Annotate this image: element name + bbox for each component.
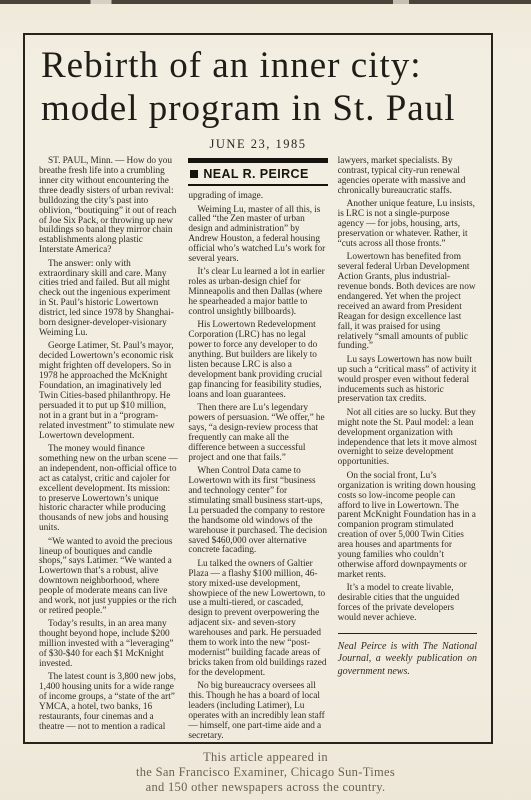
paragraph: No big bureaucracy oversees all this. Th… (188, 682, 327, 741)
byline-top-bar (188, 158, 327, 163)
paragraph: lawyers, market specialists. By contrast… (338, 157, 477, 197)
paragraph: When Control Data came to Lowertown with… (188, 467, 327, 556)
column-2: NEAL R. PEIRCE upgrading of image.Weimin… (188, 157, 327, 744)
column-2-body: upgrading of image.Weiming Lu, master of… (188, 192, 327, 744)
paragraph: It’s a model to create livable, desirabl… (338, 584, 477, 624)
paragraph: “We wanted to avoid the precious lineup … (39, 538, 178, 617)
paragraph: The money would finance something new on… (39, 445, 178, 534)
paragraph: The latest count is 3,800 new jobs, 1,40… (39, 673, 178, 732)
paragraph: George Latimer, St. Paul’s mayor, decide… (39, 342, 178, 441)
paragraph: Lu says Lowertown has now built up such … (338, 356, 477, 406)
footer-line2: the San Francisco Examiner, Chicago Sun-… (0, 765, 531, 780)
article-date: JUNE 23, 1985 (39, 137, 477, 152)
article-box: Rebirth of an inner city: model program … (23, 33, 493, 744)
byline: NEAL R. PEIRCE (188, 166, 327, 186)
paragraph: Another unique feature, Lu insists, is L… (338, 200, 477, 250)
paragraph: Not all cities are so lucky. But they mi… (338, 409, 477, 468)
column-3: lawyers, market specialists. By contrast… (338, 157, 477, 744)
article-title-line2: model program in St. Paul (41, 88, 477, 131)
column-3-body: lawyers, market specialists. By contrast… (338, 157, 477, 624)
paragraph: ST. PAUL, Minn. — How do you breathe fre… (39, 157, 178, 256)
footer-line1: This article appeared in (0, 750, 531, 765)
byline-author: NEAL R. PEIRCE (203, 167, 308, 181)
paragraph: Lowertown has benefited from several fed… (338, 253, 477, 352)
footer-note: This article appeared in the San Francis… (0, 750, 531, 795)
paragraph: Lu talked the owners of Galtier Plaza — … (188, 560, 327, 679)
article-title: Rebirth of an inner city: model program … (41, 45, 477, 130)
paragraph: Weiming Lu, master of all this, is calle… (188, 206, 327, 265)
scan-edge-line (0, 0, 531, 4)
footer-line3: and 150 other newspapers across the coun… (0, 780, 531, 795)
paragraph: His Lowertown Redevelopment Corporation … (188, 321, 327, 400)
paragraph: Then there are Lu’s legendary powers of … (188, 404, 327, 463)
article-title-line1: Rebirth of an inner city: (41, 45, 477, 88)
byline-square-bullet-icon (190, 170, 198, 178)
author-attribution-note: Neal Peirce is with The National Journal… (338, 633, 477, 679)
paragraph: It’s clear Lu learned a lot in earlier r… (188, 268, 327, 318)
paragraph: The answer: only with extraordinary skil… (39, 260, 178, 339)
paragraph: Today’s results, in an area many thought… (39, 620, 178, 670)
paragraph: On the social front, Lu’s organization i… (338, 472, 477, 581)
article-columns: ST. PAUL, Minn. — How do you breathe fre… (39, 157, 477, 744)
column-1: ST. PAUL, Minn. — How do you breathe fre… (39, 157, 178, 744)
paragraph: upgrading of image. (188, 192, 327, 202)
